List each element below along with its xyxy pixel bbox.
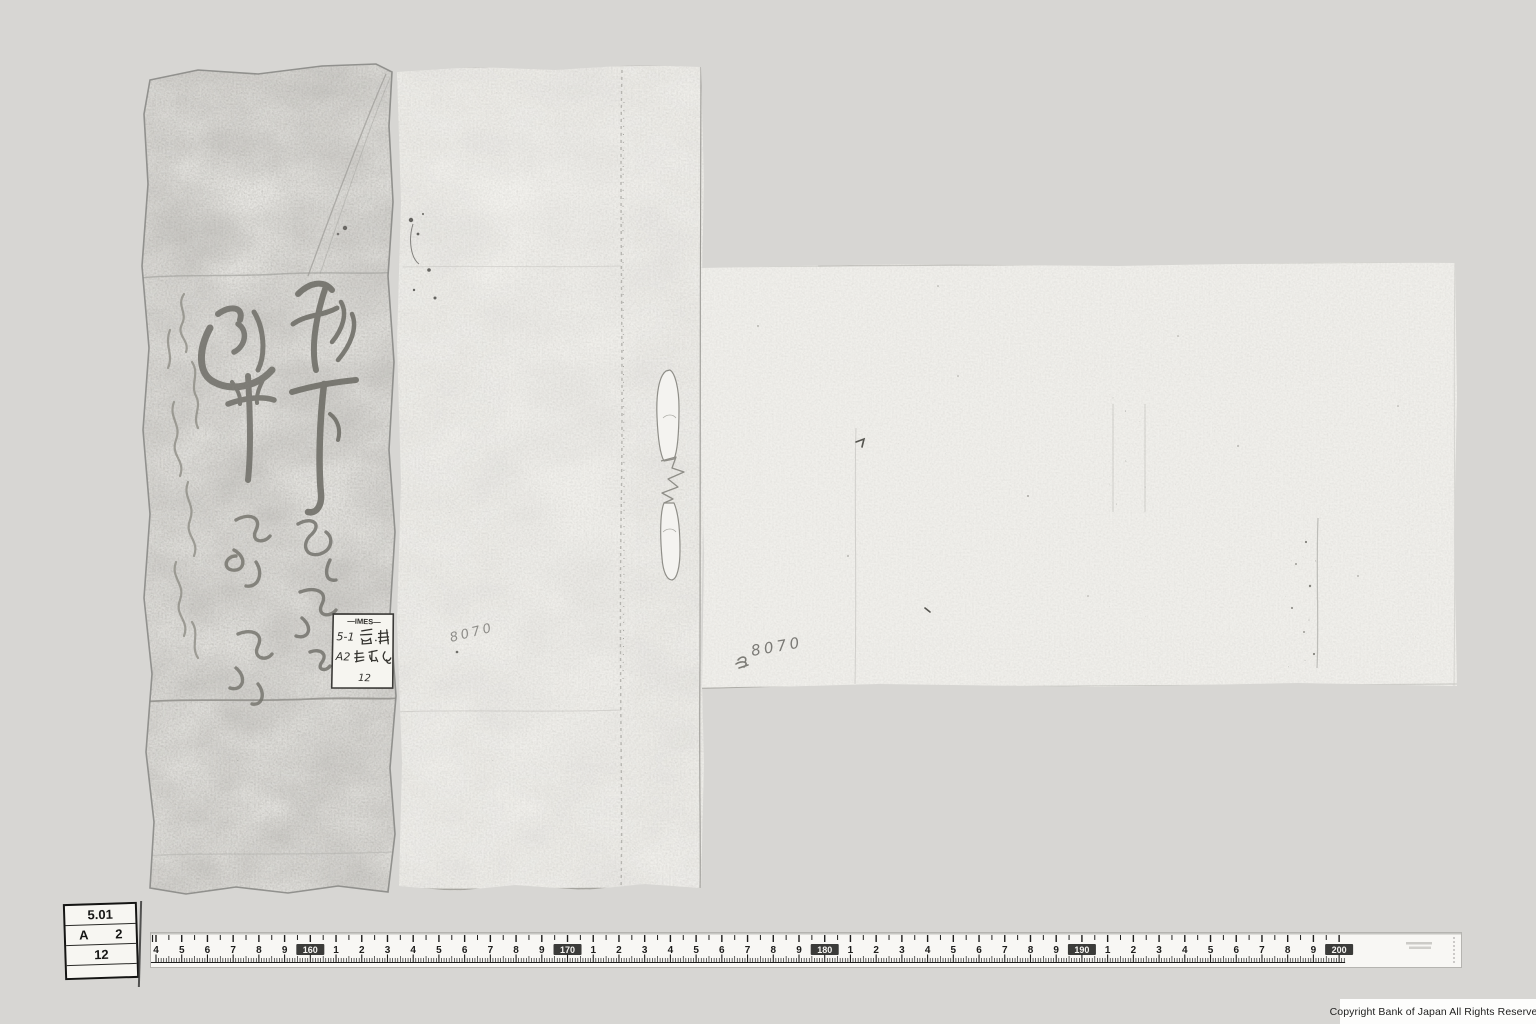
card-series: A bbox=[79, 927, 89, 942]
svg-text:7: 7 bbox=[1002, 945, 1008, 956]
document-middle-panel: 8070 bbox=[395, 62, 706, 898]
svg-text:7: 7 bbox=[1259, 945, 1265, 956]
svg-text:2: 2 bbox=[616, 945, 622, 956]
card-row-2: A 2 bbox=[66, 924, 137, 946]
ruler-svg: 4567891601234567891701234567891801234567… bbox=[151, 933, 1461, 967]
sticker-header: —IMES— bbox=[347, 616, 381, 626]
card-row-1: 5.01 bbox=[65, 904, 136, 926]
svg-text:8: 8 bbox=[256, 945, 262, 956]
svg-text:6: 6 bbox=[205, 945, 211, 956]
svg-text:4: 4 bbox=[410, 945, 416, 956]
measurement-ruler: 4567891601234567891701234567891801234567… bbox=[150, 932, 1462, 968]
svg-text:6: 6 bbox=[976, 945, 982, 956]
stain-1 bbox=[1110, 402, 1148, 514]
card-row-4-empty bbox=[67, 964, 137, 978]
cover-art bbox=[140, 62, 398, 900]
svg-text:1: 1 bbox=[1105, 945, 1111, 956]
copyright-text: Copyright Bank of Japan All Rights Reser… bbox=[1330, 1006, 1536, 1018]
svg-text:3: 3 bbox=[385, 945, 391, 956]
svg-text:3: 3 bbox=[1156, 945, 1162, 956]
svg-text:2: 2 bbox=[359, 945, 365, 956]
svg-text:5: 5 bbox=[951, 945, 957, 956]
sticker-line-1: 5-1 bbox=[336, 630, 354, 644]
stain-2 bbox=[1282, 518, 1320, 668]
svg-text:5: 5 bbox=[1208, 945, 1214, 956]
svg-text:9: 9 bbox=[282, 945, 288, 956]
archive-label-card: 5.01 A 2 12 bbox=[63, 902, 139, 980]
svg-text:7: 7 bbox=[488, 945, 494, 956]
imes-sticker-svg: —IMES— 5-1 A2 12 bbox=[328, 610, 399, 692]
svg-text:4: 4 bbox=[153, 945, 159, 956]
card-series-number: 2 bbox=[115, 926, 123, 941]
svg-text:170: 170 bbox=[560, 945, 575, 955]
svg-text:5: 5 bbox=[179, 945, 185, 956]
card-side-line bbox=[138, 901, 142, 987]
svg-text:180: 180 bbox=[817, 945, 832, 955]
document-cover-panel bbox=[140, 62, 398, 900]
svg-text:5: 5 bbox=[693, 945, 699, 956]
svg-text:6: 6 bbox=[1233, 945, 1239, 956]
svg-text:2: 2 bbox=[1131, 945, 1137, 956]
card-row-3: 12 bbox=[66, 944, 137, 966]
svg-text:190: 190 bbox=[1074, 945, 1089, 955]
svg-text:4: 4 bbox=[1182, 945, 1188, 956]
imes-sticker: —IMES— 5-1 A2 12 bbox=[328, 610, 399, 692]
right-art: 8070 bbox=[698, 256, 1462, 696]
svg-text:1: 1 bbox=[848, 945, 854, 956]
svg-text:9: 9 bbox=[796, 945, 802, 956]
svg-text:1: 1 bbox=[590, 945, 596, 956]
svg-text:200: 200 bbox=[1332, 945, 1347, 955]
svg-text:1: 1 bbox=[333, 945, 339, 956]
svg-text:8: 8 bbox=[1285, 945, 1291, 956]
svg-text:6: 6 bbox=[719, 945, 725, 956]
svg-text:3: 3 bbox=[899, 945, 905, 956]
svg-text:9: 9 bbox=[539, 945, 545, 956]
svg-text:3: 3 bbox=[642, 945, 648, 956]
document-right-sheet: 8070 bbox=[698, 256, 1462, 696]
svg-text:8: 8 bbox=[1028, 945, 1034, 956]
svg-text:4: 4 bbox=[668, 945, 674, 956]
svg-text:7: 7 bbox=[745, 945, 751, 956]
svg-text:160: 160 bbox=[303, 945, 318, 955]
svg-text:9: 9 bbox=[1311, 945, 1317, 956]
svg-text:6: 6 bbox=[462, 945, 468, 956]
sticker-line-3: 12 bbox=[358, 673, 371, 684]
svg-text:4: 4 bbox=[925, 945, 931, 956]
card-call-number: 5.01 bbox=[87, 907, 113, 923]
scan-stage: 8070 bbox=[0, 0, 1536, 1024]
svg-text:2: 2 bbox=[873, 945, 879, 956]
copyright-strip: Copyright Bank of Japan All Rights Reser… bbox=[1340, 999, 1536, 1024]
svg-text:7: 7 bbox=[230, 945, 236, 956]
card-item-number: 12 bbox=[94, 947, 109, 962]
svg-text:9: 9 bbox=[1053, 945, 1059, 956]
svg-text:8: 8 bbox=[770, 945, 776, 956]
middle-art: 8070 bbox=[395, 62, 706, 898]
sticker-line-2: A2 bbox=[335, 650, 351, 664]
svg-text:5: 5 bbox=[436, 945, 442, 956]
svg-text:8: 8 bbox=[513, 945, 519, 956]
